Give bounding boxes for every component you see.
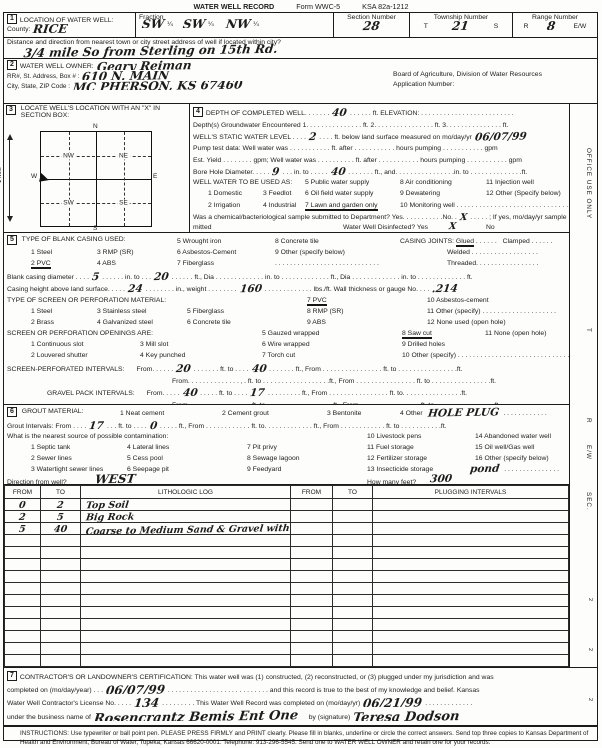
log-value: Top Soil (85, 501, 129, 511)
form-number: Form WWC-5 (296, 2, 340, 11)
compass-s: S (93, 225, 97, 232)
board-label: Board of Agriculture, Division of Water … (393, 71, 593, 78)
screen-option-1: 1 Steel (31, 308, 52, 315)
contam-option-1: 1 Septic tank (31, 444, 70, 451)
use-option-7-selected: 7 Lawn and garden only (305, 202, 378, 209)
section-box-horizontal-line (41, 179, 151, 180)
range-e: E/ (573, 23, 579, 30)
use-option-2: 2 Irrigation (208, 202, 240, 209)
glued-dots: . . . . . . (474, 238, 497, 245)
section4-number: 4 (193, 107, 203, 117)
plug-to (333, 499, 373, 511)
log-value: Big Rock (85, 513, 134, 523)
plug-interval (373, 499, 569, 511)
opening-option-10: 10 Other (specify) . . . . . . . . . . .… (402, 352, 569, 359)
plug-to (333, 511, 373, 523)
certification-text-b: (2) reconstructed, or (3) plugged under … (305, 674, 494, 681)
form-title-bar: WATER WELL RECORD Form WWC-5 KSA 82a-121… (0, 0, 602, 11)
litho-empty-row (5, 631, 569, 643)
bore-depth-value: 40 (330, 167, 346, 175)
section2-number: 2 (7, 60, 17, 70)
copy-number: 2 (587, 698, 593, 702)
copy-number: 2 (587, 648, 593, 652)
license-value: 134 (133, 699, 159, 707)
quadrant-se-label: SE (117, 199, 130, 206)
litho-empty-row (5, 535, 569, 547)
compass-e: E (153, 173, 157, 180)
contam-option-5: 5 Cess pool (127, 455, 163, 462)
section2-owner-row: 2 WATER WELL OWNER: Geary Reiman RR#, St… (4, 59, 597, 104)
gpi-to-value: 17 (250, 389, 266, 397)
groundwater-label: Depth(s) Groundwater Encountered 1. . . … (193, 122, 508, 129)
office-use-only-label: OFFICE USE ONLY (585, 148, 592, 219)
litho-row: 0 2 Top Soil (5, 499, 569, 511)
openings-title: SCREEN OR PERFORATION OPENINGS ARE: (7, 330, 153, 337)
fraction-1-value: SW (141, 20, 164, 28)
plug-from (291, 499, 333, 511)
gpi-from-value: 40 (182, 389, 198, 397)
scale-bar (9, 140, 10, 216)
contam-option-2: 2 Sewer lines (31, 455, 72, 462)
from-value: 0 (19, 501, 27, 510)
bore-diameter-value: 9 (272, 167, 280, 175)
opening-option-4: 4 Key punched (140, 352, 185, 359)
mitted-label: mitted (193, 224, 212, 231)
business-name-value: Rosencrantz Bemis Ent One (93, 711, 298, 721)
casing-option-3: 3 RMP (SR) (97, 249, 134, 256)
use-option-8: 8 Air conditioning (400, 179, 452, 186)
screen-material-title: TYPE OF SCREEN OR PERFORATION MATERIAL: (7, 297, 166, 304)
screen-option-6: 6 Concrete tile (187, 319, 231, 326)
from-value: 2 (19, 513, 27, 522)
casing-diameter-value: 5 (91, 272, 99, 280)
static-measured-date: 06/07/99 (474, 132, 527, 140)
contam-option-3: 3 Watertight sewer lines (31, 466, 103, 473)
instructions-block: INSTRUCTIONS: Use typewriter or ball poi… (4, 726, 597, 747)
dashed-line (41, 156, 151, 157)
from-value: 5 (19, 525, 27, 534)
col-from: FROM (5, 486, 41, 499)
spi-to-label: . . . . . . . ft. to . . . . (194, 366, 249, 373)
section1-number: 1 (7, 14, 17, 24)
casing-joints-label: CASING JOINTS: (400, 238, 454, 245)
chem-sample-label-end: . . . . . ; If yes, mo/day/yr sample was… (470, 214, 567, 221)
opening-option-8-selected: 8 Saw cut (402, 330, 432, 337)
range-label: Range Number (516, 14, 594, 21)
lithologic-log-table: FROM TO LITHOLOGIC LOG FROM TO PLUGGING … (4, 485, 569, 667)
opening-option-3: 3 Mill slot (140, 341, 168, 348)
contam-option-11: 11 Fuel storage (367, 444, 414, 451)
disinfected-yes-mark: X (448, 222, 456, 231)
record-completed-date: 06/21/99 (363, 698, 423, 707)
weight-label: . . . . . . . . in., weight . . . . . . … (146, 286, 237, 293)
record-completed-dots: . . . . . . . . . . . . . (425, 700, 472, 707)
contam-option-14: 14 Abandoned water well (475, 433, 551, 440)
form-body: 1 LOCATION OF WATER WELL: County: RICE F… (3, 12, 598, 741)
section7-number: 7 (7, 671, 17, 681)
quadrant-sw-label: SW (61, 199, 75, 206)
contam-option-13: 13 Insecticide storage (367, 466, 433, 473)
quadrant-ne-label: NE (117, 152, 130, 159)
dashed-line (41, 203, 151, 204)
section6-grout: 6 GROUT MATERIAL: 1 Neat cement 2 Cement… (4, 405, 569, 485)
bore-end-label: . . . . . . . ft., and. . . . . . . . . … (348, 169, 527, 176)
pond-dots: . . . . . . . . . . . . . . . (504, 466, 559, 473)
to-value: 2 (57, 501, 65, 510)
chem-sample-label: Was a chemical/bacteriological sample su… (193, 214, 457, 221)
litho-empty-row (5, 643, 569, 655)
business-name-label: under the business name of (7, 714, 91, 721)
owner-block: 2 WATER WELL OWNER: Geary Reiman RR#, St… (4, 59, 391, 103)
section1-location-row: 1 LOCATION OF WATER WELL: County: RICE F… (4, 13, 597, 38)
static-level-label: WELL'S STATIC WATER LEVEL . . . . (193, 134, 306, 141)
litho-empty-row (5, 559, 569, 571)
litho-header-row: FROM TO LITHOLOGIC LOG FROM TO PLUGGING … (5, 486, 569, 499)
range-value: 8 (546, 22, 555, 30)
section5-number: 5 (7, 235, 17, 245)
agency-block: Board of Agriculture, Division of Water … (391, 59, 597, 103)
use-option-1: 1 Domestic (208, 190, 242, 197)
pump-test-label: Pump test data: Well water was . . . . .… (193, 145, 498, 152)
address-value: 610 N. MAIN (82, 71, 170, 80)
use-option-3: 3 Feedlot (263, 190, 291, 197)
grout-option-4: 4 Other (400, 410, 423, 417)
contam-option-8: 8 Sewage lagoon (247, 455, 300, 462)
litho-row: 5 40 Coarse to Medium Sand & Gravel with… (5, 523, 569, 535)
casing-option-2-selected: 2 PVC (31, 260, 51, 267)
form-statute: KSA 82a-1212 (362, 2, 408, 11)
one-mile-label: 1 Mile (0, 167, 3, 183)
certification-text-a: CONTRACTOR'S OR LANDOWNER'S CERTIFICATIO… (20, 674, 264, 681)
opening-option-6: 6 Wire wrapped (262, 341, 310, 348)
col-to: TO (41, 486, 81, 499)
section4-well-data: 4 DEPTH OF COMPLETED WELL. . . . . . . 4… (190, 104, 569, 232)
use-option-5: 5 Public water supply (305, 179, 369, 186)
casing-depth-value: 20 (153, 272, 169, 280)
casing-height-value: 24 (127, 285, 143, 293)
township-value: 21 (452, 22, 470, 30)
office-ew-label: E/W (585, 445, 592, 460)
grout-end-label: . . . . . ft., From . . . . . . . . . . … (160, 423, 447, 430)
spi-to-value: 40 (251, 364, 267, 372)
grout-to-value: 0 (149, 422, 157, 430)
chem-sample-no-mark: X (459, 213, 467, 221)
col-lithologic-log: LITHOLOGIC LOG (81, 486, 291, 499)
quarter-glyph: ¼ (253, 21, 259, 28)
use-option-10: 10 Monitoring well . . . . . . . . . . .… (400, 202, 569, 209)
water-well-record-form: WATER WELL RECORD Form WWC-5 KSA 82a-121… (0, 0, 602, 748)
contam-option-16: 16 Other (specify below) (475, 455, 549, 462)
contam-option-9: 9 Feedyard (247, 466, 281, 473)
city-label: City, State, ZIP Code : (7, 83, 70, 90)
plug-from (291, 523, 333, 535)
opening-option-7: 7 Torch cut (262, 352, 295, 359)
quadrant-nw-label: NW (61, 152, 76, 159)
opening-option-11: 11 None (open hole) (485, 330, 546, 337)
grout-option-3: 3 Bentonite (327, 410, 361, 417)
section3-title: LOCATE WELL'S LOCATION WITH AN "X" IN SE… (21, 105, 181, 119)
casing-option-6: 6 Asbestos-Cement (177, 249, 236, 256)
township-label: Township Number (413, 14, 509, 21)
direction-value: WEST (94, 475, 136, 485)
screen-option-8: 8 RMP (SR) (307, 308, 344, 315)
grout-other-dots: . . . . . . . . . . . . (503, 410, 546, 417)
owner-value: Geary Reiman (96, 61, 192, 70)
opening-option-9: 9 Drilled holes (402, 341, 445, 348)
spi-row2-label: From. . . . . . . . . . . . . . ‚ . ft. … (172, 378, 496, 385)
casing-height-label: Casing height above land surface. . . . … (7, 286, 125, 293)
diam-mid-label: . . . . . . in. to . . . (102, 274, 151, 281)
gauge-label: . . . . . . . . . . . . . lbs./ft. Wall … (264, 286, 429, 293)
casing-option-7: 7 Fiberglass (177, 260, 214, 267)
application-number-label: Application Number: (393, 81, 593, 88)
disinfected-no-label: No (486, 224, 495, 231)
plug-interval (373, 523, 569, 535)
gpi-from-label: From. . . . . (147, 390, 180, 397)
contam-option-15: 15 Oil well/Gas well (475, 444, 534, 451)
county-cell: 1 LOCATION OF WATER WELL: County: RICE (4, 13, 136, 37)
contamination-title: What is the nearest source of possible c… (7, 433, 168, 440)
log-value: Coarse to Medium Sand & Gravel with stre… (85, 523, 290, 535)
screen-option-5: 5 Fiberglass (187, 308, 224, 315)
col-from2: FROM (291, 486, 333, 499)
opening-option-2: 2 Louvered shutter (31, 352, 88, 359)
range-w: W (580, 23, 586, 30)
distance-value: 3/4 mile So from Sterling on 15th Rd. (23, 45, 278, 58)
casing-joint-threaded: Threaded. . . . . . . . . . . . . . . . … (447, 260, 538, 267)
litho-empty-row (5, 655, 569, 667)
completed-on-label: completed on (mo/day/year) . . . (7, 687, 103, 694)
range-r: R (524, 23, 529, 30)
dashed-line (124, 132, 125, 226)
office-sec-label: SEC. (585, 492, 592, 511)
casing-option-4: 4 ABS (97, 260, 116, 267)
use-option-4: 4 Industrial (263, 202, 296, 209)
gpi-end-label: . . . . . . . . . ft., From . . . . . . … (268, 390, 467, 397)
screen-intervals-title: SCREEN-PERFORATED INTERVALS: (7, 366, 124, 373)
casing-option-8: 8 Concrete tile (275, 238, 319, 245)
casing-option-other-dots: . . . . . . . . . . . . . . . . . . . . … (275, 260, 379, 267)
litho-empty-row (5, 583, 569, 595)
use-option-12: 12 Other (Specify below) (486, 190, 561, 197)
township-t: T (424, 23, 428, 30)
instructions-text: INSTRUCTIONS: Use typewriter or ball poi… (20, 730, 588, 746)
contam-option-12: 12 Fertilizer storage (367, 455, 427, 462)
middle-sections: 3 LOCATE WELL'S LOCATION WITH AN "X" IN … (4, 104, 570, 667)
grout-from-value: 17 (89, 422, 105, 430)
compass-n: N (93, 123, 98, 130)
plug-from (291, 511, 333, 523)
signature-value: Teresa Dodson (353, 712, 461, 721)
bore-mid-label: . . . in. to . . . . . (283, 169, 328, 176)
office-township-label: T (585, 328, 592, 333)
section-number-cell: Section Number 28 (334, 13, 410, 37)
feet-value: 300 (429, 475, 452, 485)
fraction-2-value: SW (182, 20, 205, 28)
form-title: WATER WELL RECORD (193, 2, 274, 11)
license-label: Water Well Contractor's License No. . . … (7, 700, 131, 707)
casing-joint-welded: Welded . . . . . . . . . . . . . . . . .… (447, 249, 538, 256)
office-range-label: R (585, 418, 592, 424)
use-option-11: 11 Injection well (486, 179, 534, 186)
screen-option-2: 2 Brass (31, 319, 54, 326)
contam-option-10: 10 Livestock pens (367, 433, 421, 440)
screen-option-10: 10 Asbestos-cement (427, 297, 489, 304)
grout-option-2: 2 Cement grout (222, 410, 269, 417)
casing-option-1: 1 Steel (31, 249, 52, 256)
township-s: S (494, 23, 499, 30)
casing-option-9: 9 Other (specify below) (275, 249, 345, 256)
static-level-value: 2 (308, 132, 316, 140)
section7-certification: 7 CONTRACTOR'S OR LANDOWNER'S CERTIFICAT… (4, 667, 597, 726)
litho-row: 2 5 Big Rock (5, 511, 569, 523)
bore-hole-label: Bore Hole Diameter. . . . . (193, 169, 269, 176)
plug-interval (373, 511, 569, 523)
to-value: 40 (53, 525, 67, 534)
use-option-6: 6 Oil field water supply (305, 190, 373, 197)
section-number-value: 28 (363, 22, 381, 31)
depth-label: DEPTH OF COMPLETED WELL. . . . . . . (206, 110, 330, 117)
litho-empty-row (5, 547, 569, 559)
opening-option-5: 5 Gauzed wrapped (262, 330, 319, 337)
spi-from-value: 20 (176, 364, 192, 372)
completed-date-value: 06/07/99 (105, 685, 165, 694)
opening-option-1: 1 Continuous slot (31, 341, 84, 348)
spi-from-label: From. . . . . . (136, 366, 173, 373)
range-cell: Range Number R 8 E/W (513, 13, 597, 37)
section-box: NW NE SW SE (40, 131, 152, 227)
diam-end-label: . . . . . . ft., Dia . . . . . . . . . .… (172, 274, 473, 281)
dashed-line (69, 132, 70, 226)
signature-label: by (signature) (309, 714, 351, 721)
section5-casing: 5 TYPE OF BLANK CASING USED: 5 Wrought i… (4, 233, 569, 405)
section1-title: LOCATION OF WATER WELL: (20, 17, 114, 24)
quarter-glyph: ¼ (208, 21, 214, 28)
section3-number: 3 (6, 105, 16, 115)
col-to2: TO (333, 486, 373, 499)
gauge-value: .214 (432, 285, 459, 293)
city-value: MC PHERSON, KS 67460 (72, 81, 243, 90)
casing-joint-glued-selected: Glued (456, 238, 474, 245)
grout-mid-label: . . . ft. to . . . . (107, 423, 147, 430)
weight-value: 160 (239, 285, 262, 293)
use-title: WELL WATER TO BE USED AS: (193, 179, 292, 186)
screen-option-11: 11 Other (specify) . . . . . . . . . . .… (427, 308, 556, 315)
blank-casing-diam-label: Blank casing diameter . . . . (7, 274, 89, 281)
screen-option-3: 3 Stainless steel (97, 308, 147, 315)
litho-empty-row (5, 607, 569, 619)
col-plugging-intervals: PLUGGING INTERVALS (373, 486, 569, 499)
county-value: RICE (33, 25, 68, 33)
section3-map-cell: 3 LOCATE WELL'S LOCATION WITH AN "X" IN … (4, 104, 190, 232)
use-option-9: 9 Dewatering (400, 190, 440, 197)
distance-row: Distance and direction from nearest town… (4, 38, 597, 59)
grout-title: GROUT MATERIAL: (22, 408, 84, 415)
office-use-strip: OFFICE USE ONLY T R E/W SEC. 2 2 2 (577, 100, 601, 748)
owner-label: WATER WELL OWNER: (20, 63, 94, 70)
to-value: 5 (57, 513, 65, 522)
one-mile-scale: 1 Mile (5, 134, 15, 222)
gravel-intervals-title: GRAVEL PACK INTERVALS: (47, 390, 135, 397)
certification-text-c: . . . . . . . . . . . . . . . . . . . . … (168, 687, 480, 694)
gpi-to-label: . . . . . ft. to . . . . (200, 390, 247, 397)
screen-option-12: 12 None used (open hole) (427, 319, 506, 326)
depth-value: 40 (332, 109, 348, 117)
disinfected-label: Water Well Disinfected? Yes (343, 224, 428, 231)
grout-option-1: 1 Neat cement (120, 410, 164, 417)
section6-number: 6 (7, 407, 17, 417)
litho-empty-row (5, 619, 569, 631)
grout-intervals-label: Grout Intervals: From . . . . (7, 423, 86, 430)
township-cell: Township Number T 21 S (410, 13, 513, 37)
copy-number: 2 (587, 598, 593, 602)
screen-option-7-selected: 7 PVC (307, 297, 327, 304)
well-location-mark (39, 173, 50, 184)
casing-title: TYPE OF BLANK CASING USED: (22, 236, 126, 243)
fraction-3-value: NW (225, 20, 251, 28)
fraction-cell: Fraction SW ¼ SW ¼ NW ¼ (136, 13, 334, 37)
contam-option-7: 7 Pit privy (247, 444, 277, 451)
contamination-source-value: pond (469, 465, 500, 475)
contam-option-4: 4 Lateral lines (127, 444, 169, 451)
grout-other-value: HOLE PLUG (427, 408, 499, 418)
quarter-glyph: ¼ (167, 21, 173, 28)
arrow-down-icon (7, 216, 13, 222)
screen-option-4: 4 Galvanized steel (97, 319, 153, 326)
casing-option-5: 5 Wrought iron (177, 238, 221, 245)
record-completed-label: . . . . . . . . . This Water Well Record… (162, 700, 360, 707)
depth-elevation-label: . . . . . . ft. ELEVATION: . . . . . . .… (350, 110, 514, 117)
constructed-selected: constructed, (266, 674, 303, 681)
county-label: County: (7, 26, 30, 33)
spi-end-label: . . . . . . . ft., From . . . . . . . . … (269, 366, 462, 373)
litho-empty-row (5, 595, 569, 607)
litho-empty-row (5, 571, 569, 583)
static-level-mid-label: . . . . ft. below land surface measured … (319, 134, 472, 141)
compass-w: W (31, 173, 37, 180)
address-label: RR#, St. Address, Box # : (7, 73, 79, 80)
screen-option-9: 9 ABS (307, 319, 326, 326)
plug-to (333, 523, 373, 535)
est-yield-label: Est. Yield . . . . . . . . gpm; Well wat… (193, 157, 522, 164)
casing-joint-clamped: Clamped . . . . . . (503, 238, 553, 245)
